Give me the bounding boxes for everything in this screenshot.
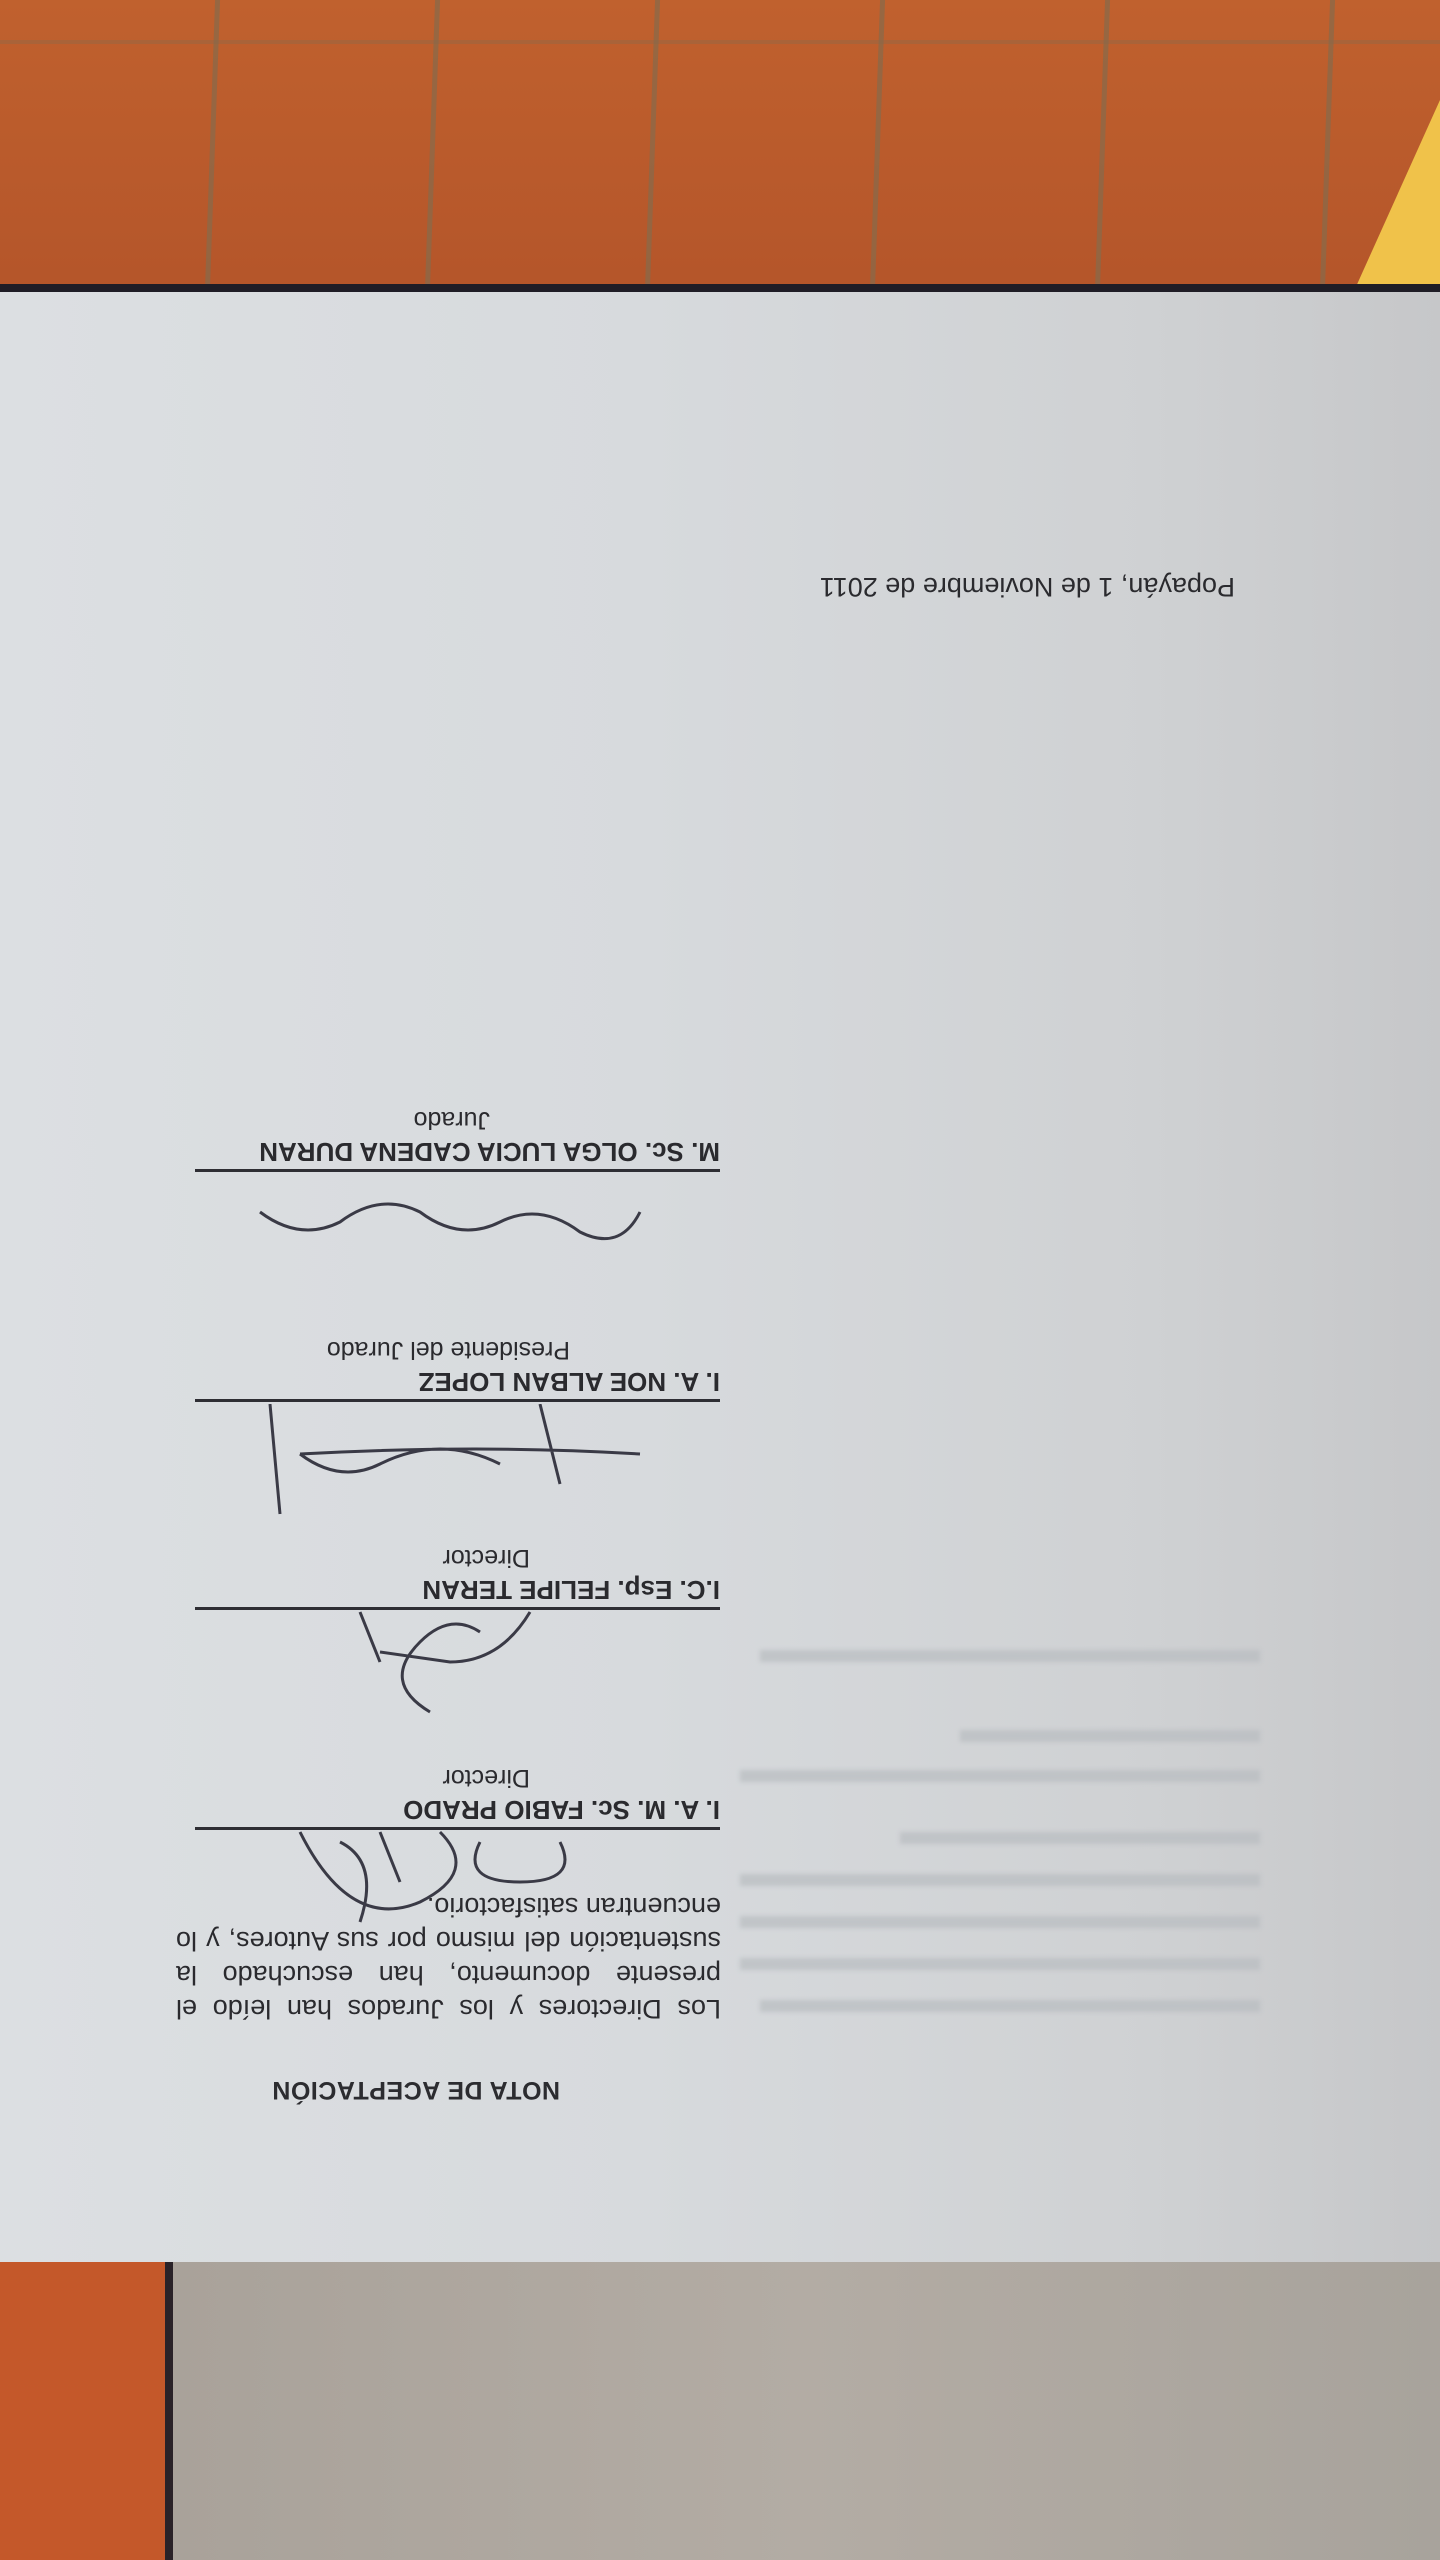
signature-ink: [220, 1602, 680, 1722]
floor-tile-strip: [0, 2240, 170, 2560]
concrete-surface: [173, 2250, 1440, 2560]
signature-ink: [220, 1404, 680, 1524]
bleed-through-text: [760, 1650, 1260, 1662]
signatory-name: I.C. Esp. FELIPE TERAN: [195, 1574, 720, 1605]
place-date: Popayán, 1 de Noviembre de 2011: [820, 571, 1235, 602]
bleed-through-text: [740, 1916, 1260, 1928]
signatory-role: Director: [195, 1543, 720, 1572]
bleed-through-text: [740, 1958, 1260, 1970]
bleed-through-text: [740, 1874, 1260, 1886]
table-edge: [165, 2250, 173, 2560]
signature-block-teran: I.C. Esp. FELIPE TERAN Director: [195, 1543, 720, 1610]
signatory-role: Director: [195, 1763, 720, 1792]
bleed-through-text: [900, 1832, 1260, 1844]
bleed-through-text: [760, 2000, 1260, 2012]
document-page: NOTA DE ACEPTACIÓN Los Directores y los …: [0, 284, 1440, 2262]
signature-block-cadena: M. Sc. OLGA LUCIA CADENA DURAN Jurado: [195, 1105, 720, 1172]
tile-grout: [0, 40, 1440, 44]
signature-line: [195, 1399, 720, 1402]
signature-block-prado: I. A. M. Sc. FABIO PRADO Director: [195, 1763, 720, 1830]
signatory-role: Jurado: [195, 1105, 720, 1134]
bleed-through-text: [740, 1770, 1260, 1782]
signature-ink: [220, 1152, 680, 1272]
signature-ink: [220, 1822, 680, 1942]
signature-block-alban: I. A. NOE ALBAN LOPEZ Presidente del Jur…: [195, 1335, 720, 1402]
page-content-rotated: NOTA DE ACEPTACIÓN Los Directores y los …: [0, 292, 1440, 2262]
signatory-name: I. A. NOE ALBAN LOPEZ: [195, 1366, 720, 1397]
signatory-role: Presidente del Jurado: [195, 1335, 720, 1364]
bleed-through-text: [960, 1730, 1260, 1742]
signatory-name: I. A. M. Sc. FABIO PRADO: [195, 1794, 720, 1825]
page-title: NOTA DE ACEPTACIÓN: [272, 2075, 560, 2104]
